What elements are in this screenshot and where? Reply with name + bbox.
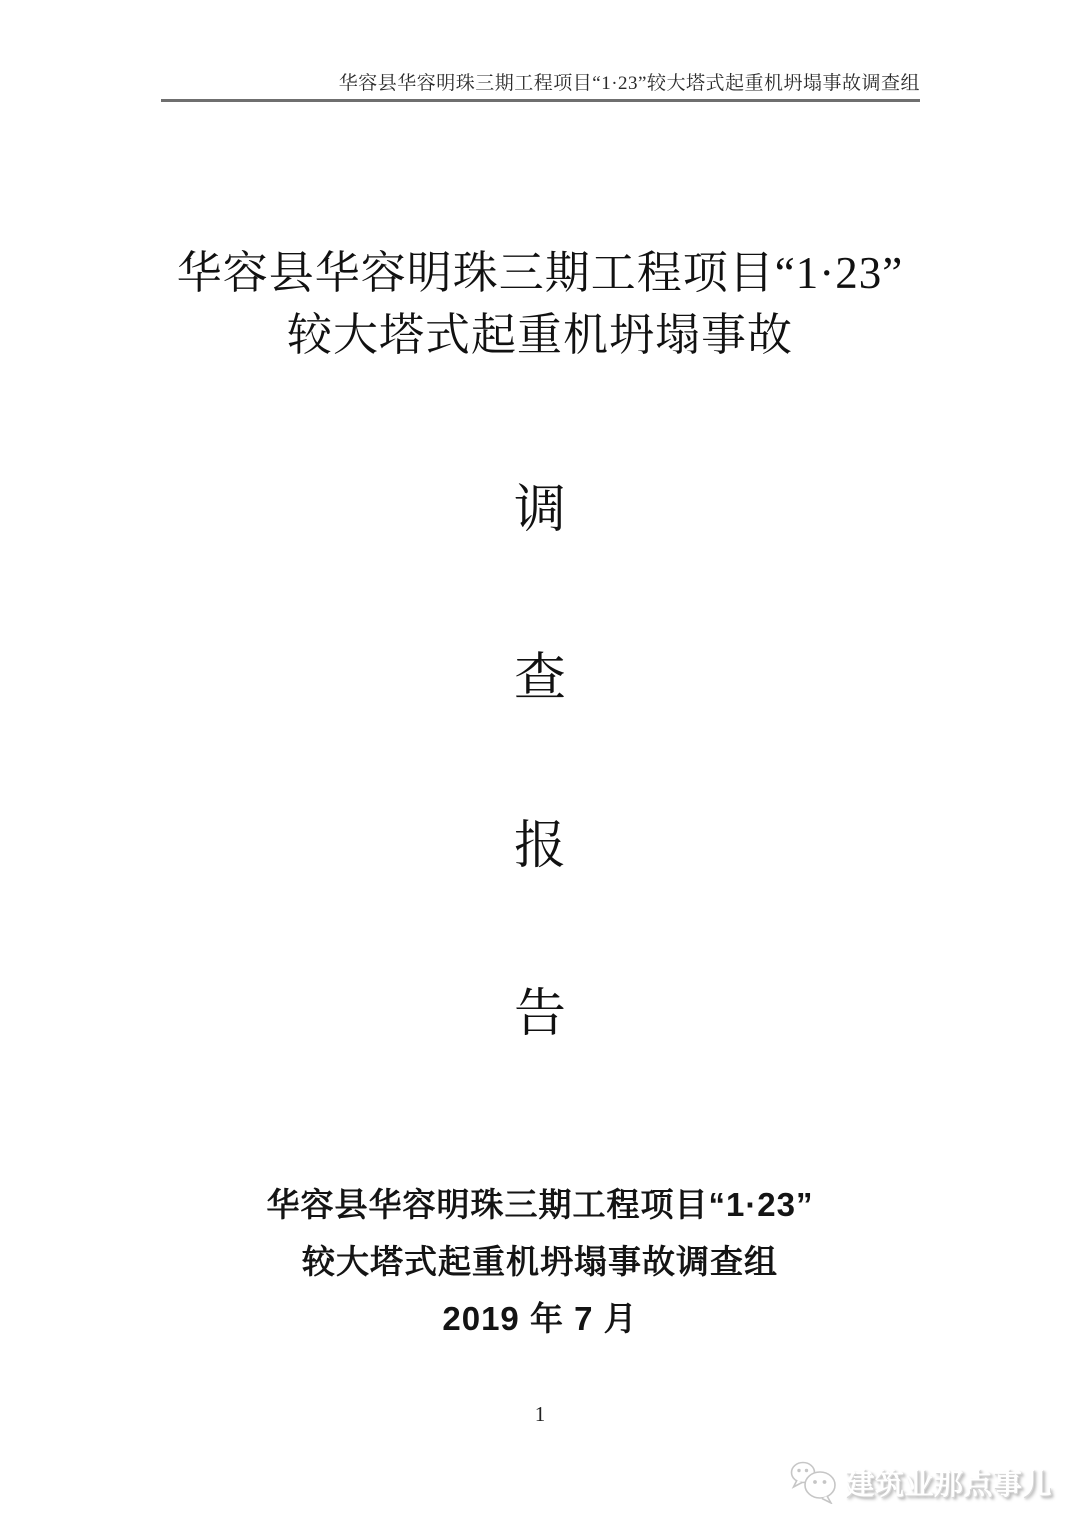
report-cover-page: 华容县华容明珠三期工程项目“1·23”较大塔式起重机坍塌事故调查组 华容县华容明… [0, 0, 1080, 1527]
page-number: 1 [0, 1402, 1080, 1427]
signature-block: 华容县华容明珠三期工程项目“1·23” 较大塔式起重机坍塌事故调查组 2019 … [0, 1176, 1080, 1347]
vertical-title-char-3: 报 [514, 819, 566, 875]
vertical-report-title: 调 查 报 告 [0, 483, 1080, 1043]
signature-line1: 华容县华容明珠三期工程项目“1·23” [0, 1176, 1080, 1233]
vertical-title-char-2: 查 [514, 651, 566, 707]
signature-line2: 较大塔式起重机坍塌事故调查组 [0, 1233, 1080, 1290]
vertical-title-char-4: 告 [514, 987, 566, 1043]
watermark: 建筑业那点事儿 [789, 1460, 1052, 1504]
page-header-text: 华容县华容明珠三期工程项目“1·23”较大塔式起重机坍塌事故调查组 [339, 73, 920, 94]
vertical-title-char-1: 调 [514, 483, 566, 539]
document-title-line1: 华容县华容明珠三期工程项目“1·23” [0, 242, 1080, 304]
document-title-line2: 较大塔式起重机坍塌事故 [0, 304, 1080, 366]
document-title: 华容县华容明珠三期工程项目“1·23” 较大塔式起重机坍塌事故 [0, 242, 1080, 366]
wechat-icon [789, 1460, 839, 1504]
page-header: 华容县华容明珠三期工程项目“1·23”较大塔式起重机坍塌事故调查组 [161, 72, 920, 102]
signature-date: 2019 年 7 月 [0, 1290, 1080, 1347]
watermark-text: 建筑业那点事儿 [845, 1462, 1052, 1503]
